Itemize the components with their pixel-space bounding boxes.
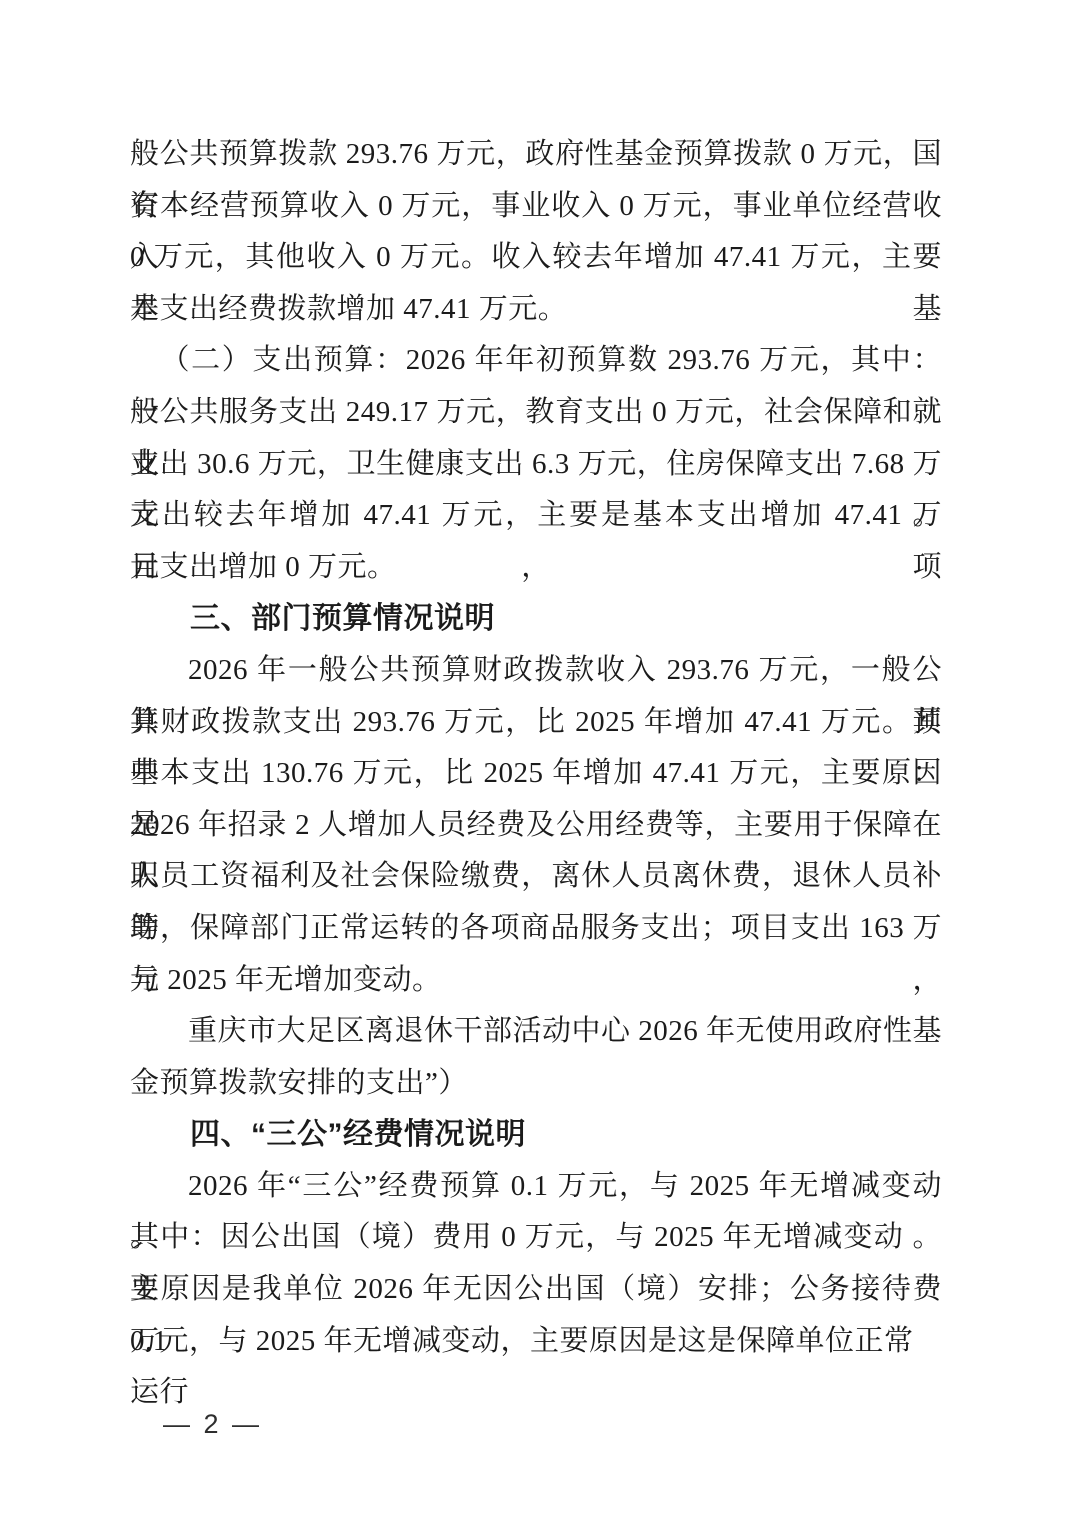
text-line: 2026 年招录 2 人增加人员经费及公用经费等，主要用于保障在职 bbox=[130, 800, 942, 852]
text-line: 万元，与 2025 年无增减变动，主要原因是这是保障单位正常运行 bbox=[130, 1316, 942, 1368]
section-heading-budget-explanation: 三、部门预算情况说明 bbox=[130, 593, 942, 645]
text-line: 其中：因公出国（境）费用 0 万元，与 2025 年无增减变动 。主 bbox=[130, 1212, 942, 1264]
text-line: 2026 年一般公共预算财政拨款收入 293.76 万元，一般公共预 bbox=[130, 645, 942, 697]
text-line: 要原因是我单位 2026 年无因公出国（境）安排；公务接待费 0.1 bbox=[130, 1264, 942, 1316]
document-body: 般公共预算拨款 293.76 万元，政府性基金预算拨款 0 万元，国有 资本经营… bbox=[130, 129, 942, 1367]
document-page: 般公共预算拨款 293.76 万元，政府性基金预算拨款 0 万元，国有 资本经营… bbox=[0, 0, 1074, 1520]
text-line: 基本支出 130.76 万元，比 2025 年增加 47.41 万元，主要原因是 bbox=[130, 748, 942, 800]
text-line: 算财政拨款支出 293.76 万元，比 2025 年增加 47.41 万元。其中… bbox=[130, 697, 942, 749]
text-line: 等，保障部门正常运转的各项商品服务支出；项目支出 163 万元， bbox=[130, 903, 942, 955]
text-line: 金预算拨款安排的支出”） bbox=[130, 1058, 942, 1110]
text-line: 般公共服务支出 249.17 万元，教育支出 0 万元，社会保障和就业 bbox=[130, 387, 942, 439]
text-line: 人员工资福利及社会保险缴费，离休人员离休费，退休人员补助 bbox=[130, 851, 942, 903]
text-line: 2026 年“三公”经费预算 0.1 万元，与 2025 年无增减变动 。 bbox=[130, 1161, 942, 1213]
page-number: — 2 — bbox=[163, 1402, 262, 1446]
text-line: （二）支出预算：2026 年年初预算数 293.76 万元，其中：一 bbox=[130, 335, 942, 387]
section-heading-three-public-expenses: 四、“三公”经费情况说明 bbox=[130, 1109, 942, 1161]
text-line: 0 万元，其他收入 0 万元。收入较去年增加 47.41 万元，主要是基 bbox=[130, 232, 942, 284]
text-line: 支出 30.6 万元，卫生健康支出 6.3 万元，住房保障支出 7.68 万元。 bbox=[130, 439, 942, 491]
text-line: 般公共预算拨款 293.76 万元，政府性基金预算拨款 0 万元，国有 bbox=[130, 129, 942, 181]
text-line: 资本经营预算收入 0 万元，事业收入 0 万元，事业单位经营收入 bbox=[130, 181, 942, 233]
text-line: 重庆市大足区离退休干部活动中心 2026 年无使用政府性基 bbox=[130, 1006, 942, 1058]
text-line: 支出较去年增加 47.41 万元，主要是基本支出增加 47.41 万元，项 bbox=[130, 490, 942, 542]
